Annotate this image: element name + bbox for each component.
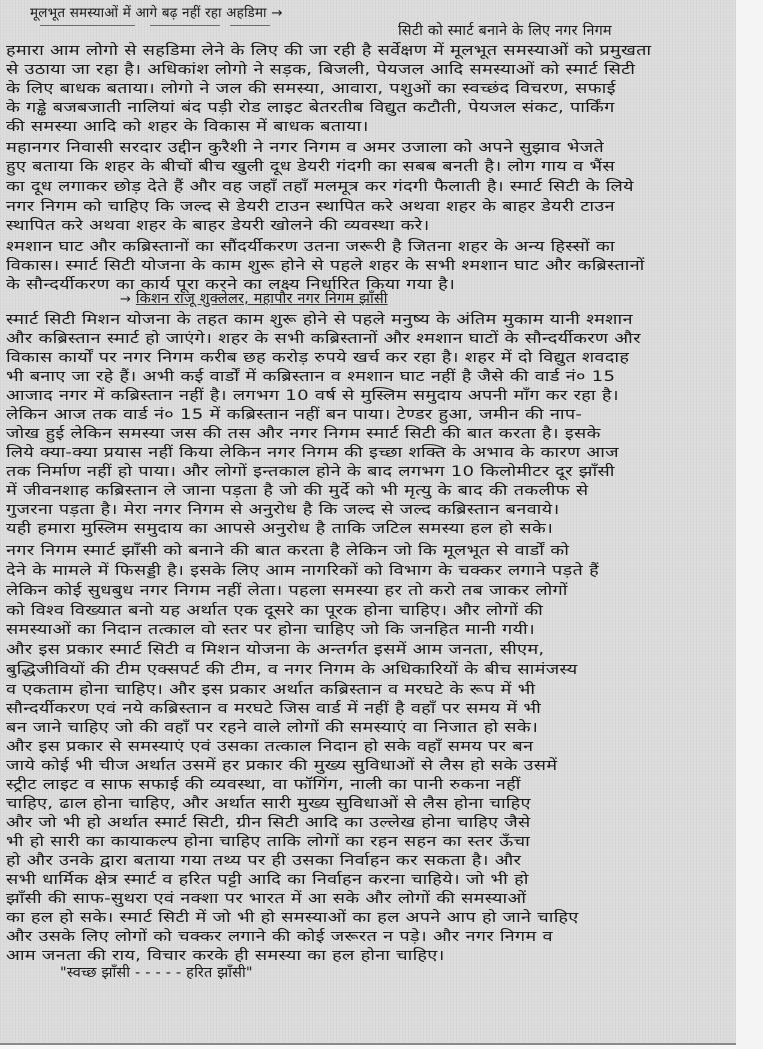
paragraph-4-line: आजाद नगर में कब्रिस्तान नहीं है। लगभग 10…: [6, 387, 619, 405]
paragraph-5-line: का हल हो सके। स्मार्ट सिटी में जो भी हो …: [6, 909, 579, 927]
document-title: सिटी को स्मार्ट बनाने के लिए नगर निगम: [398, 22, 612, 40]
paragraph-5-line: लेकिन कोई सुधबुध नगर निगम नहीं लेता। पहल…: [6, 582, 568, 600]
paragraph-4-line: तक निर्माण नहीं हो पाया। और लोगों इन्तका…: [6, 463, 615, 481]
byline-text: किशन राजू शुक्लेलर, महापौर नगर निगम झाँस…: [136, 291, 388, 307]
paragraph-5-line: बन जाने चाहिए जो की वहाँ पर रहने वाले लो…: [6, 719, 538, 737]
paragraph-5-line: देने के मामले में फिसड्डी है। इसके लिए आ…: [6, 562, 599, 580]
paragraph-1-line: हमारा आम लोगो से सहडिमा लेने के लिए की ज…: [6, 42, 651, 60]
paragraph-1-line: से उठाया जा रहा है। अधिकांश लोगो ने सड़क…: [6, 61, 635, 79]
paragraph-2-line: नगर निगम को चाहिए कि जल्द से डेयरी टाउन …: [6, 198, 615, 216]
paragraph-5-line: भी हो सारी का कायाकल्प होना चाहिए ताकि ल…: [6, 833, 530, 851]
paragraph-4-line: और कब्रिस्तान स्मार्ट हो जाएंगे। शहर के …: [6, 330, 641, 348]
paragraph-5-line: व एकताम होना चाहिए। और इस प्रकार अर्थात …: [6, 681, 535, 699]
paragraph-5-line: आम जनता की राय, विचार करके ही समस्या का …: [6, 947, 445, 965]
paragraph-5-line: झाँसी की साफ-सुथरा एवं नक्शा पर भारत में…: [6, 890, 526, 908]
paragraph-4-line: जोख हुई लेकिन समस्या जस की तस और नगर निग…: [6, 425, 601, 443]
closing-slogan: "स्वच्छ झाँसी - - - - - हरित झाँसी": [60, 964, 253, 982]
paragraph-4-line: लेकिन आज तक वार्ड नं० 15 में कब्रिस्तान …: [6, 406, 582, 424]
paragraph-4-line: लिये क्या-क्या प्रयास नहीं किया लेकिन नग…: [6, 444, 619, 462]
paragraph-1-line: के गड्ढे बजबजाती नालियां बंद पड़ी रोड ला…: [6, 99, 615, 117]
header-note: मूलभूत समस्याओं में आगे बढ़ नहीं रहा अहड…: [30, 4, 283, 22]
paragraph-4-line: स्मार्ट सिटी मिशन योजना के तहत काम शुरू …: [6, 311, 633, 329]
paragraph-2-line: महानगर निवासी सरदार उद्दीन कुरैशी ने नगर…: [6, 139, 604, 157]
paragraph-4-line: में जीवनशाह कब्रिस्तान ले जाना पड़ता है …: [6, 482, 588, 500]
paragraph-5-line: सभी धार्मिक क्षेत्र स्मार्ट व हरित पट्टी…: [6, 871, 529, 889]
paragraph-5-line: स्ट्रीट लाइट व साफ सफाई की व्यवस्था, वा …: [6, 776, 521, 794]
paragraph-5-line: सौन्दर्यीकरण एवं नये कब्रिस्तान व मरघटे …: [6, 700, 541, 718]
paragraph-5-line: चाहिए, ढाल होना चाहिए, और अर्थात सारी मु…: [6, 795, 531, 813]
header-underline: [150, 25, 220, 26]
scanned-paper-page: मूलभूत समस्याओं में आगे बढ़ नहीं रहा अहड…: [0, 0, 736, 1045]
paragraph-4-line: यही हमारा मुस्लिम समुदाय का आपसे अनुरोध …: [6, 520, 553, 538]
paragraph-4-line: विकास कार्यों पर नगर निगम करीब छह करोड़ …: [6, 349, 629, 367]
paragraph-5-line: और जो भी हो अर्थात स्मार्ट सिटी, ग्रीन स…: [6, 814, 530, 832]
paragraph-5-line: नगर निगम स्मार्ट झाँसी को बनाने की बात क…: [6, 542, 569, 560]
paragraph-5-line: और इस प्रकार स्मार्ट सिटी व मिशन योजना क…: [6, 641, 544, 659]
paragraph-5-line: और इस प्रकार से समस्याएं एवं उसका तत्काल…: [6, 738, 533, 756]
paragraph-5-line: और उसके लिए लोगों को चक्कर लगाने की कोई …: [6, 928, 553, 946]
paragraph-4-line: भी बनाए जा रहे हैं। अभी कई वार्डों में क…: [6, 368, 615, 386]
paragraph-1-line: की समस्या आदि को शहर के विकास में बाधक ब…: [6, 118, 369, 136]
paragraph-2-line: हुए बताया कि शहर के बीचों बीच खुली दूध ड…: [6, 158, 615, 176]
paragraph-5-line: जाये कोई भी चीज अर्थात उसमें हर प्रकार क…: [6, 757, 557, 775]
paragraph-2-line: का दूध लगाकर छोड़ देते हैं और वह जहाँ तह…: [6, 178, 634, 196]
scan-right-margin: [736, 0, 763, 1049]
paragraph-1-line: के लिए बाधक बताया। लोगो ने जल की समस्या,…: [6, 80, 616, 98]
paragraph-5-line: समस्याओं का निदान तत्काल वो स्तर पर होना…: [6, 621, 535, 639]
paragraph-5-line: को विश्व विख्यात बनो यह अर्थात एक दूसरे …: [6, 602, 543, 620]
paragraph-2-line: स्थापित करे अथवा शहर के बाहर डेयरी खोलने…: [6, 217, 430, 235]
paragraph-5-line: बुद्धिजीवियों की टीम एक्सपर्ट की टीम, व …: [6, 661, 577, 679]
paragraph-5-line: हो और उनके द्वारा बताया गया तथ्य पर ही उ…: [6, 852, 521, 870]
paragraph-3-line: श्मशान घाट और कब्रिस्तानों का सौंदर्यीकर…: [6, 238, 615, 256]
byline: → किशन राजू शुक्लेलर, महापौर नगर निगम झा…: [120, 290, 388, 309]
paragraph-3-line: विकास। स्मार्ट सिटी योजना के काम शुरू हो…: [6, 257, 645, 275]
header-underline: [230, 25, 270, 26]
arrow-right-icon: →: [120, 292, 131, 307]
paragraph-4-line: गुजरना पड़ता है। मेरा नगर निगम से अनुरोध…: [6, 501, 559, 519]
header-underline: [40, 25, 135, 26]
